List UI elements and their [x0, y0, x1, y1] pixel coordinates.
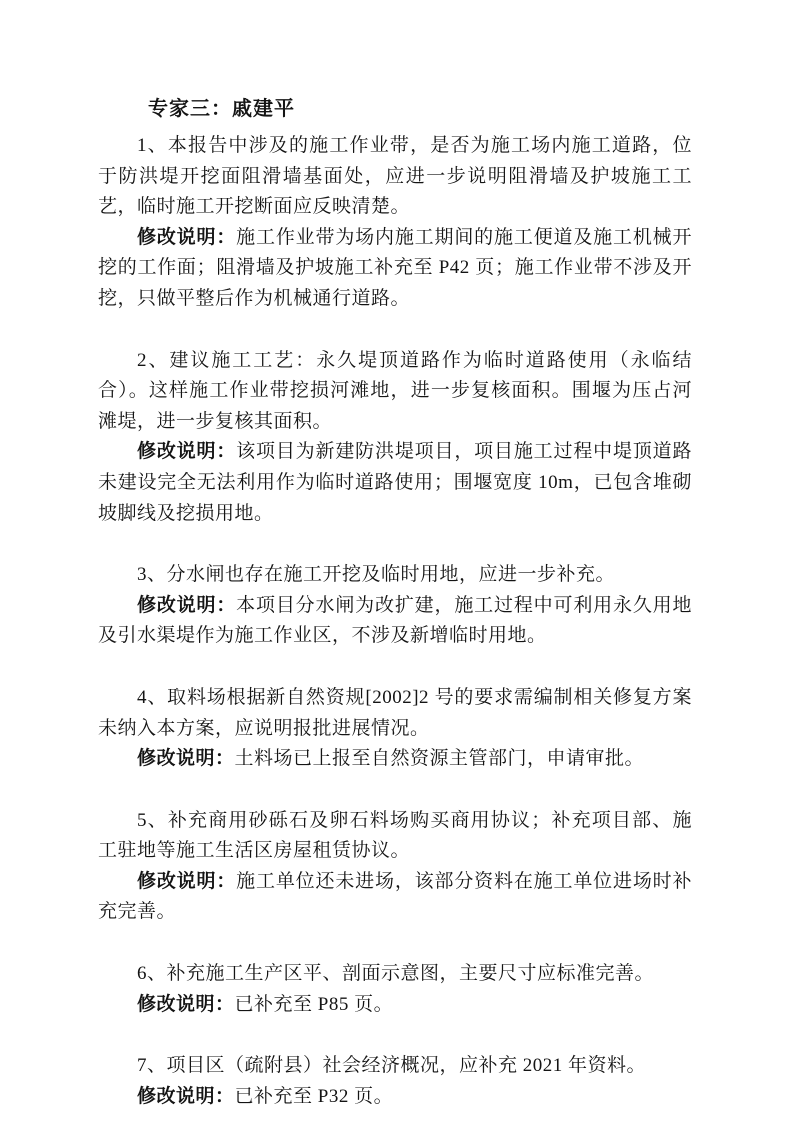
revision-note-label: 修改说明： — [137, 441, 236, 462]
expert-comment: 3、分水闸也存在施工开挖及临时用地，应进一步补充。 — [98, 560, 692, 591]
revision-note-label: 修改说明： — [137, 994, 235, 1015]
expert-comment: 1、本报告中涉及的施工作业带，是否为施工场内施工道路，位于防洪堤开挖面阻滑墙基面… — [98, 131, 692, 223]
review-item-2: 2、建议施工工艺：永久堤顶道路作为临时道路使用（永临结合）。这样施工作业带挖损河… — [98, 346, 692, 530]
revision-note-label: 修改说明： — [137, 871, 236, 892]
revision-note: 修改说明：施工单位还未进场，该部分资料在施工单位进场时补充完善。 — [98, 867, 692, 928]
expert-comment: 4、取料场根据新自然资规[2002]2 号的要求需编制相关修复方案未纳入本方案，… — [98, 683, 692, 744]
review-item-4: 4、取料场根据新自然资规[2002]2 号的要求需编制相关修复方案未纳入本方案，… — [98, 683, 692, 775]
document-content: 专家三：戚建平 1、本报告中涉及的施工作业带，是否为施工场内施工道路，位于防洪堤… — [98, 94, 692, 1112]
revision-note-label: 修改说明： — [137, 595, 236, 616]
revision-note-label: 修改说明： — [137, 748, 235, 769]
review-item-1: 1、本报告中涉及的施工作业带，是否为施工场内施工道路，位于防洪堤开挖面阻滑墙基面… — [98, 131, 692, 315]
revision-note: 修改说明：已补充至 P85 页。 — [98, 990, 692, 1021]
expert-title: 专家三：戚建平 — [98, 94, 692, 125]
revision-note: 修改说明：该项目为新建防洪堤项目，项目施工过程中堤顶道路未建设完全无法利用作为临… — [98, 437, 692, 529]
revision-note: 修改说明：土料场已上报至自然资源主管部门，申请审批。 — [98, 744, 692, 775]
expert-comment: 5、补充商用砂砾石及卵石料场购买商用协议；补充项目部、施工驻地等施工生活区房屋租… — [98, 806, 692, 867]
revision-note-label: 修改说明： — [137, 1086, 235, 1107]
review-item-6: 6、补充施工生产区平、剖面示意图，主要尺寸应标准完善。 修改说明：已补充至 P8… — [98, 959, 692, 1020]
document-page: 专家三：戚建平 1、本报告中涉及的施工作业带，是否为施工场内施工道路，位于防洪堤… — [0, 0, 793, 1122]
expert-comment: 7、项目区（疏附县）社会经济概况，应补充 2021 年资料。 — [98, 1051, 692, 1082]
revision-note-label: 修改说明： — [137, 227, 236, 248]
revision-note: 修改说明：已补充至 P32 页。 — [98, 1082, 692, 1113]
revision-note: 修改说明：本项目分水闸为改扩建，施工过程中可利用永久用地及引水渠堤作为施工作业区… — [98, 591, 692, 652]
revision-note-text: 已补充至 P85 页。 — [235, 994, 394, 1015]
revision-note-text: 土料场已上报至自然资源主管部门，申请审批。 — [235, 748, 645, 769]
review-item-5: 5、补充商用砂砾石及卵石料场购买商用协议；补充项目部、施工驻地等施工生活区房屋租… — [98, 806, 692, 928]
review-item-3: 3、分水闸也存在施工开挖及临时用地，应进一步补充。 修改说明：本项目分水闸为改扩… — [98, 560, 692, 652]
review-item-7: 7、项目区（疏附县）社会经济概况，应补充 2021 年资料。 修改说明：已补充至… — [98, 1051, 692, 1112]
expert-comment: 2、建议施工工艺：永久堤顶道路作为临时道路使用（永临结合）。这样施工作业带挖损河… — [98, 346, 692, 438]
revision-note: 修改说明：施工作业带为场内施工期间的施工便道及施工机械开挖的工作面；阻滑墙及护坡… — [98, 223, 692, 315]
revision-note-text: 已补充至 P32 页。 — [235, 1086, 394, 1107]
expert-comment: 6、补充施工生产区平、剖面示意图，主要尺寸应标准完善。 — [98, 959, 692, 990]
